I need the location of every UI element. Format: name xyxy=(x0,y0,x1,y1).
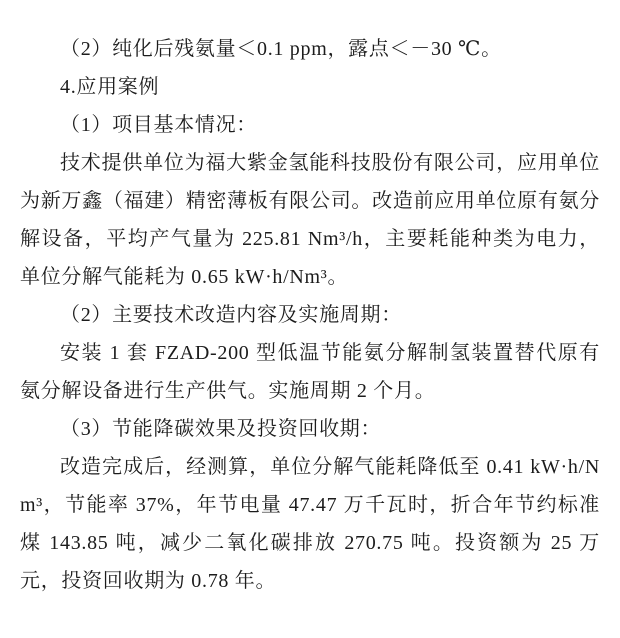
subheading-technical-retrofit: （2）主要技术改造内容及实施周期： xyxy=(20,296,600,334)
heading-application-case: 4.应用案例 xyxy=(20,68,600,106)
subheading-energy-saving-effect: （3）节能降碳效果及投资回收期： xyxy=(20,410,600,448)
paragraph-energy-saving-effect: 改造完成后，经测算，单位分解气能耗降低至 0.41 kW·h/Nm³，节能率 3… xyxy=(20,448,600,600)
document-page: （2）纯化后残氨量＜0.1 ppm，露点＜－30 ℃。 4.应用案例 （1）项目… xyxy=(0,0,620,638)
document-body: （2）纯化后残氨量＜0.1 ppm，露点＜－30 ℃。 4.应用案例 （1）项目… xyxy=(20,30,600,600)
paragraph-residual-ammonia: （2）纯化后残氨量＜0.1 ppm，露点＜－30 ℃。 xyxy=(20,30,600,68)
subheading-project-basic-info: （1）项目基本情况： xyxy=(20,106,600,144)
paragraph-project-basic-info: 技术提供单位为福大紫金氢能科技股份有限公司，应用单位为新万鑫（福建）精密薄板有限… xyxy=(20,144,600,296)
paragraph-technical-retrofit: 安装 1 套 FZAD-200 型低温节能氨分解制氢装置替代原有氨分解设备进行生… xyxy=(20,334,600,410)
